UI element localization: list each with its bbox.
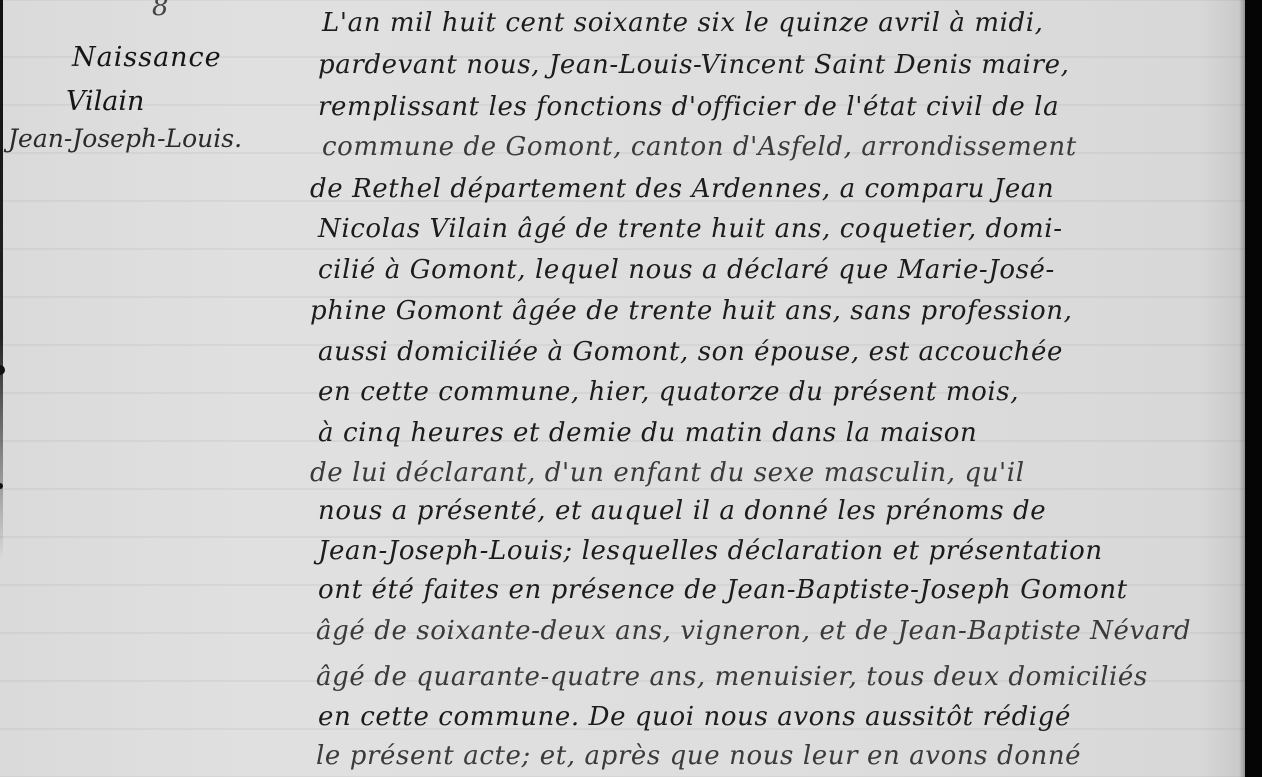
record-line: le présent acte; et, après que nous leur…: [316, 741, 1241, 771]
record-line: âgé de soixante-deux ans, vigneron, et d…: [316, 616, 1241, 646]
page-left-edge: [0, 0, 3, 560]
binding-mark: [0, 365, 5, 375]
record-line: en cette commune, hier, quatorze du prés…: [318, 377, 1243, 407]
margin-given-names: Jean-Joseph-Louis.: [8, 124, 242, 153]
entry-number: 8: [152, 0, 169, 22]
page-right-edge: [1245, 0, 1262, 777]
record-line: de Rethel département des Ardennes, a co…: [310, 174, 1235, 204]
scanned-register-page: 8 Naissance Vilain Jean-Joseph-Louis. L'…: [0, 0, 1262, 777]
record-line: ont été faites en présence de Jean-Bapti…: [318, 575, 1243, 605]
record-line: L'an mil huit cent soixante six le quinz…: [322, 8, 1247, 38]
record-line: à cinq heures et demie du matin dans la …: [318, 418, 1243, 448]
record-line: en cette commune. De quoi nous avons aus…: [318, 702, 1243, 732]
record-line: de lui déclarant, d'un enfant du sexe ma…: [310, 458, 1235, 488]
record-line: Nicolas Vilain âgé de trente huit ans, c…: [318, 214, 1243, 244]
record-line: pardevant nous, Jean-Louis-Vincent Saint…: [318, 50, 1243, 80]
record-line: remplissant les fonctions d'officier de …: [318, 92, 1243, 122]
margin-surname: Vilain: [66, 86, 144, 117]
record-line: commune de Gomont, canton d'Asfeld, arro…: [322, 132, 1247, 162]
record-line: Jean-Joseph-Louis; lesquelles déclaratio…: [318, 536, 1243, 566]
margin-record-type: Naissance: [72, 42, 222, 73]
record-line: aussi domiciliée à Gomont, son épouse, e…: [318, 337, 1243, 367]
record-line: phine Gomont âgée de trente huit ans, sa…: [310, 296, 1235, 326]
record-line: cilié à Gomont, lequel nous a déclaré qu…: [318, 255, 1243, 285]
record-line: nous a présenté, et auquel il a donné le…: [318, 496, 1243, 526]
record-line: âgé de quarante-quatre ans, menuisier, t…: [316, 662, 1241, 692]
